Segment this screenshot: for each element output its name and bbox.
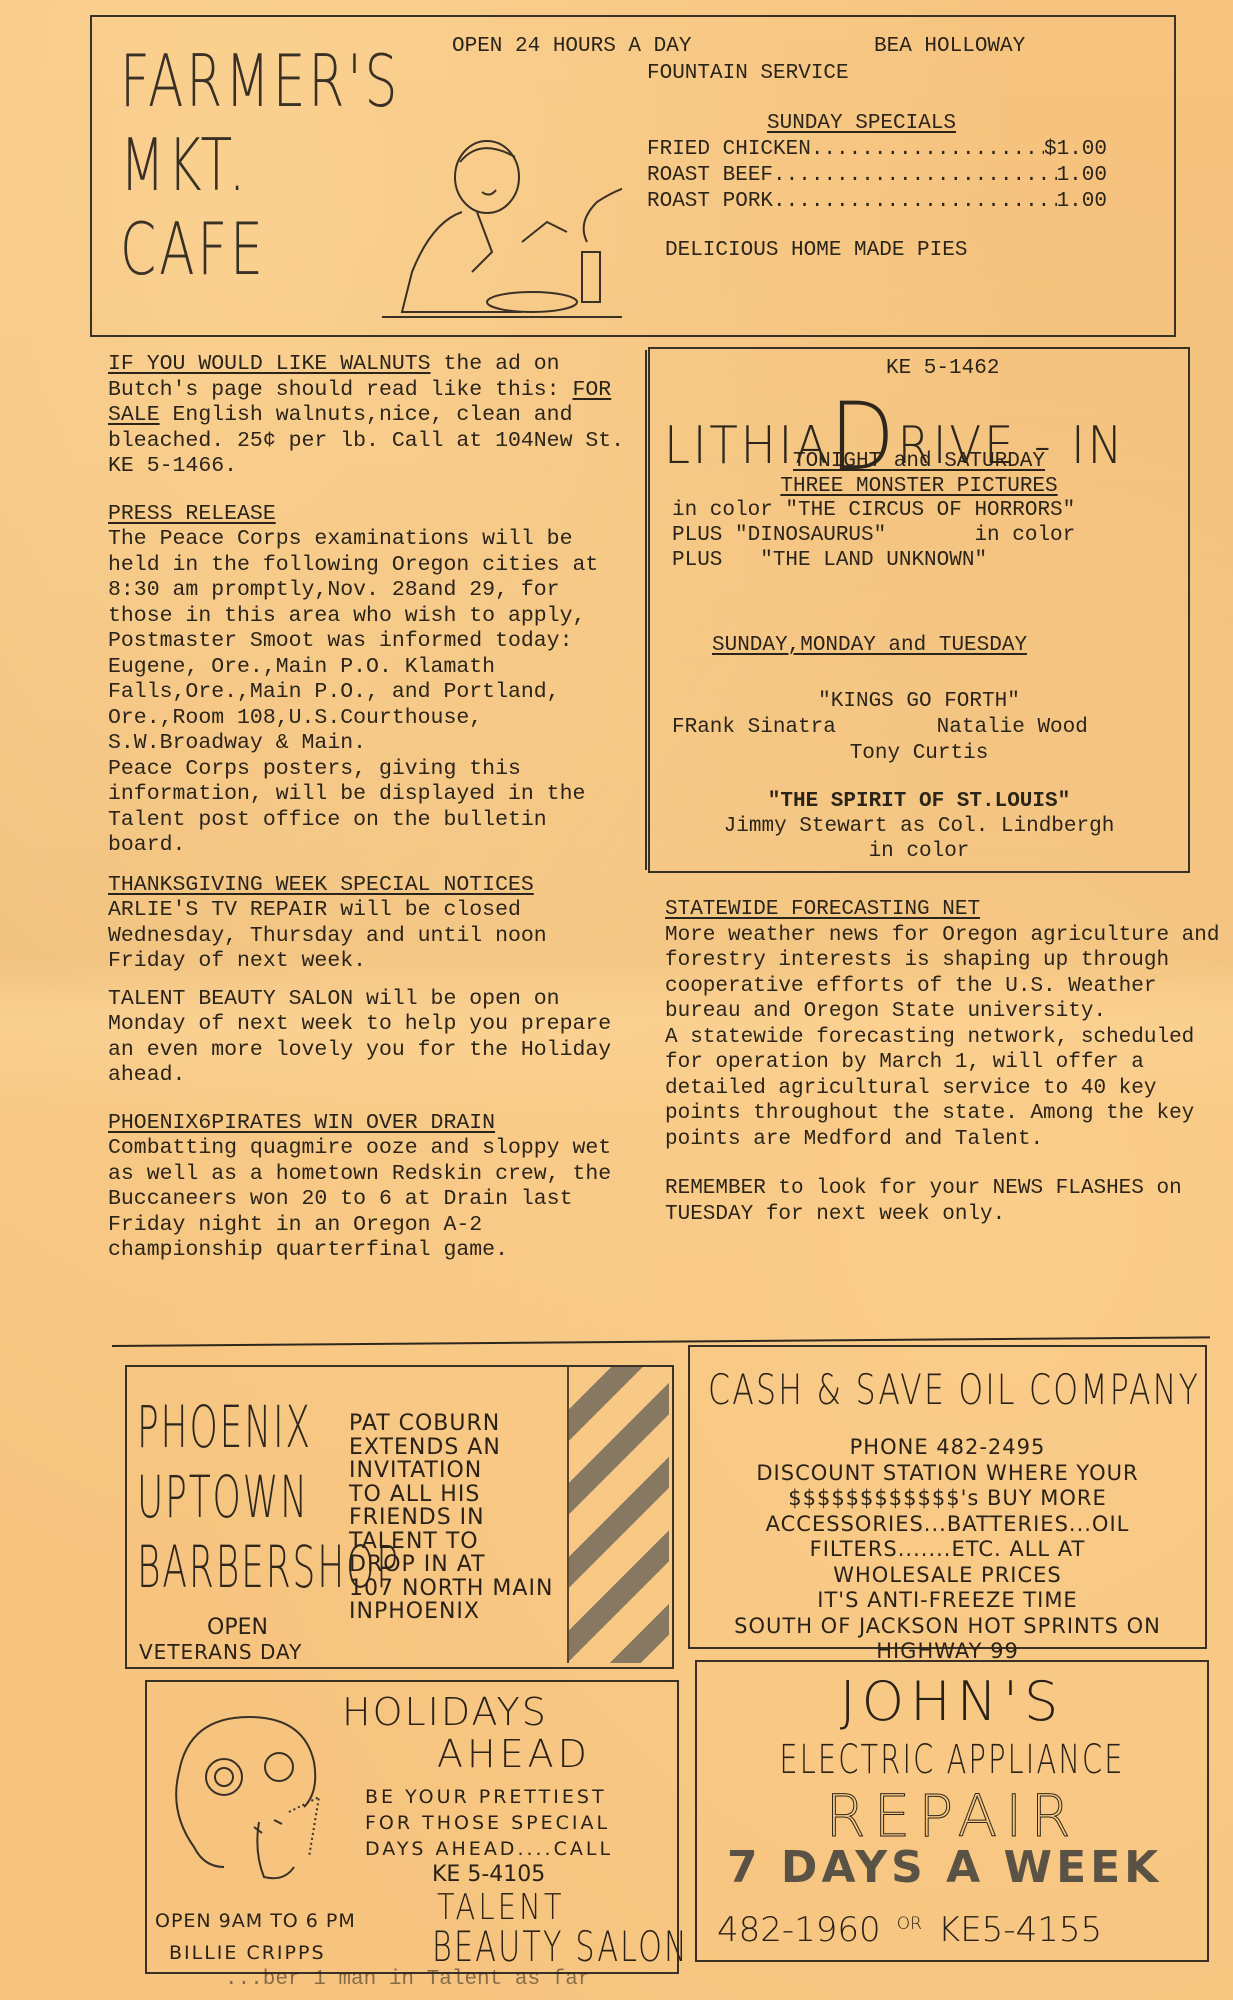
pitch-line: FOR THOSE SPECIAL bbox=[365, 1810, 613, 1836]
walnuts-notice: IF YOU WOULD LIKE WALNUTS the ad on Butc… bbox=[108, 352, 628, 480]
feature2-title: "THE SPIRIT OF ST.LOUIS" bbox=[650, 789, 1188, 814]
menu-item-name: FRIED CHICKEN bbox=[647, 137, 811, 163]
cafe-advertisement: FARMER'S MKT. CAFE OPEN 24 HOURS A DAY B… bbox=[90, 15, 1176, 337]
message-line: TO ALL HIS bbox=[349, 1483, 553, 1507]
news-flash-reminder: REMEMBER to look for your NEWS FLASHES o… bbox=[665, 1176, 1220, 1227]
salon-heading: HOLIDAYS bbox=[342, 1690, 548, 1734]
football-story: Combatting quagmire ooze and sloppy wet … bbox=[108, 1136, 628, 1264]
oil-line: PHONE 482-2495 bbox=[690, 1435, 1205, 1461]
oil-line: WHOLESALE PRICES bbox=[690, 1563, 1205, 1589]
repair-phone: 482-1960 bbox=[717, 1910, 881, 1950]
repair-phone: KE5-4155 bbox=[938, 1910, 1102, 1950]
feature1-cast: Tony Curtis bbox=[650, 741, 1188, 766]
salon-brand: BEAUTY SALON bbox=[432, 1922, 689, 1971]
message-line: TALENT TO bbox=[349, 1530, 553, 1554]
specials-menu: FRIED CHICKEN...........................… bbox=[647, 137, 1107, 215]
message-line: INPHOENIX bbox=[349, 1600, 553, 1624]
message-line: FRIENDS IN bbox=[349, 1506, 553, 1530]
repair-shop-subtitle: ELECTRIC APPLIANCE bbox=[768, 1737, 1135, 1783]
menu-item-price: 1.00 bbox=[1057, 189, 1107, 215]
oil-company-title: CASH & SAVE OIL COMPANY bbox=[708, 1365, 1200, 1414]
barbershop-message: PAT COBURN EXTENDS AN INVITATION TO ALL … bbox=[349, 1412, 553, 1624]
program1-feature: PLUS "DINOSAURUS" in color bbox=[672, 524, 1075, 547]
thanksgiving-notice: ARLIE'S TV REPAIR will be closed Wednesd… bbox=[108, 898, 628, 975]
press-release-heading: PRESS RELEASE bbox=[108, 502, 628, 528]
barber-pole-icon bbox=[567, 1367, 669, 1663]
cafe-title-line: MKT. bbox=[120, 123, 400, 207]
feature2-note: in color bbox=[650, 839, 1188, 864]
repair-availability: 7 DAYS A WEEK bbox=[727, 1842, 1162, 1893]
forecast-paragraph: More weather news for Oregon agriculture… bbox=[665, 923, 1220, 1025]
oil-line: IT'S ANTI-FREEZE TIME bbox=[690, 1588, 1205, 1614]
cut-off-text-fragment: ...ber 1 man in Talent as far bbox=[225, 1968, 590, 1991]
repair-phones: 482-1960ORKE5-4155 bbox=[717, 1910, 1102, 1950]
salon-heading: AHEAD bbox=[437, 1732, 591, 1776]
program1-heading-line: TONIGHT and SATURDAY bbox=[650, 449, 1188, 474]
barbershop-open: OPEN bbox=[207, 1615, 268, 1640]
feature1-cast: FRank Sinatra Natalie Wood bbox=[672, 716, 1088, 739]
menu-item-price: $1.00 bbox=[1044, 137, 1107, 163]
message-line: 107 NORTH MAIN bbox=[349, 1577, 553, 1601]
walnuts-body: English walnuts,nice, clean and bleached… bbox=[108, 403, 624, 478]
oil-company-details: PHONE 482-2495 DISCOUNT STATION WHERE YO… bbox=[690, 1435, 1205, 1665]
program1-feature: in color "THE CIRCUS OF HORRORS" bbox=[672, 499, 1075, 522]
right-news-column: STATEWIDE FORECASTING NET More weather n… bbox=[665, 897, 1220, 1227]
cafe-service: FOUNTAIN SERVICE bbox=[647, 62, 849, 85]
oil-line: SOUTH OF JACKSON HOT SPRINTS ON bbox=[690, 1614, 1205, 1640]
leader-dots: ........................................ bbox=[811, 137, 1044, 163]
leader-dots: ........................................ bbox=[773, 163, 1057, 189]
oil-company-advertisement: CASH & SAVE OIL COMPANY PHONE 482-2495 D… bbox=[688, 1345, 1207, 1649]
woman-portrait-icon bbox=[159, 1702, 329, 1892]
salon-owner: BILLIE CRIPPS bbox=[169, 1942, 326, 1964]
cafe-title: FARMER'S MKT. CAFE bbox=[120, 39, 400, 291]
drive-in-advertisement: KE 5-1462 LITHIADRIVE - IN TONIGHT and S… bbox=[648, 347, 1190, 873]
program1-heading-line: THREE MONSTER PICTURES bbox=[650, 474, 1188, 499]
cafe-tagline: DELICIOUS HOME MADE PIES bbox=[665, 239, 967, 262]
left-news-column: IF YOU WOULD LIKE WALNUTS the ad on Butc… bbox=[108, 352, 628, 1264]
message-line: EXTENDS AN bbox=[349, 1436, 553, 1460]
barbershop-advertisement: PHOENIX UPTOWN BARBERSHOP OPEN VETERANS … bbox=[125, 1365, 674, 1669]
feature2-cast: Jimmy Stewart as Col. Lindbergh bbox=[650, 814, 1188, 839]
salon-phone: KE 5-4105 bbox=[432, 1862, 545, 1887]
cafe-title-line: CAFE bbox=[120, 207, 400, 291]
cafe-title-line: FARMER'S bbox=[120, 39, 400, 123]
cafe-owner: BEA HOLLOWAY bbox=[874, 35, 1025, 58]
salon-pitch: BE YOUR PRETTIEST FOR THOSE SPECIAL DAYS… bbox=[365, 1784, 613, 1862]
program1-feature: PLUS "THE LAND UNKNOWN" bbox=[672, 549, 987, 572]
menu-item: ROAST BEEF..............................… bbox=[647, 163, 1107, 189]
or-label: OR bbox=[897, 1914, 922, 1934]
forecast-paragraph: A statewide forecasting network, schedul… bbox=[665, 1025, 1220, 1153]
repair-heading: REPAIR bbox=[697, 1782, 1207, 1850]
forecast-heading: STATEWIDE FORECASTING NET bbox=[665, 897, 1220, 923]
man-eating-illustration-icon bbox=[382, 132, 622, 332]
specials-heading: SUNDAY SPECIALS bbox=[767, 112, 956, 135]
program2-heading: SUNDAY,MONDAY and TUESDAY bbox=[712, 634, 1027, 657]
oil-line: FILTERS.......ETC. ALL AT bbox=[690, 1537, 1205, 1563]
pitch-line: BE YOUR PRETTIEST bbox=[365, 1784, 613, 1810]
program1-heading: TONIGHT and SATURDAY THREE MONSTER PICTU… bbox=[650, 449, 1188, 499]
menu-item-name: ROAST BEEF bbox=[647, 163, 773, 189]
cafe-hours: OPEN 24 HOURS A DAY bbox=[452, 35, 691, 58]
menu-item: ROAST PORK..............................… bbox=[647, 189, 1107, 215]
message-line: DROP IN AT bbox=[349, 1553, 553, 1577]
menu-item-name: ROAST PORK bbox=[647, 189, 773, 215]
menu-item: FRIED CHICKEN...........................… bbox=[647, 137, 1107, 163]
oil-line: $$$$$$$$$$$$'s BUY MORE bbox=[690, 1486, 1205, 1512]
oil-line: DISCOUNT STATION WHERE YOUR bbox=[690, 1461, 1205, 1487]
message-line: INVITATION bbox=[349, 1459, 553, 1483]
message-line: PAT COBURN bbox=[349, 1412, 553, 1436]
thanksgiving-notice: TALENT BEAUTY SALON will be open on Mond… bbox=[108, 987, 628, 1089]
beauty-salon-advertisement: HOLIDAYS AHEAD BE YOUR PRETTIEST FOR THO… bbox=[145, 1680, 679, 1974]
appliance-repair-advertisement: JOHN'S ELECTRIC APPLIANCE REPAIR 7 DAYS … bbox=[695, 1660, 1209, 1962]
press-release-paragraph: Peace Corps posters, giving this informa… bbox=[108, 757, 628, 859]
pitch-line: DAYS AHEAD....CALL bbox=[365, 1836, 613, 1862]
salon-hours: OPEN 9AM TO 6 PM bbox=[155, 1910, 356, 1932]
oil-line: ACCESSORIES...BATTERIES...OIL bbox=[690, 1512, 1205, 1538]
repair-shop-name: JOHN'S bbox=[697, 1670, 1207, 1733]
menu-item-price: 1.00 bbox=[1057, 163, 1107, 189]
walnuts-heading: IF YOU WOULD LIKE WALNUTS bbox=[108, 352, 431, 376]
football-heading: PHOENIX6PIRATES WIN OVER DRAIN bbox=[108, 1111, 628, 1137]
leader-dots: ........................................ bbox=[773, 189, 1057, 215]
barbershop-open-day: VETERANS DAY bbox=[139, 1640, 302, 1664]
column-divider bbox=[645, 350, 647, 870]
press-release-paragraph: The Peace Corps examinations will be hel… bbox=[108, 527, 628, 757]
thanksgiving-heading: THANKSGIVING WEEK SPECIAL NOTICES bbox=[108, 873, 628, 899]
feature1-title: "KINGS GO FORTH" bbox=[650, 689, 1188, 714]
